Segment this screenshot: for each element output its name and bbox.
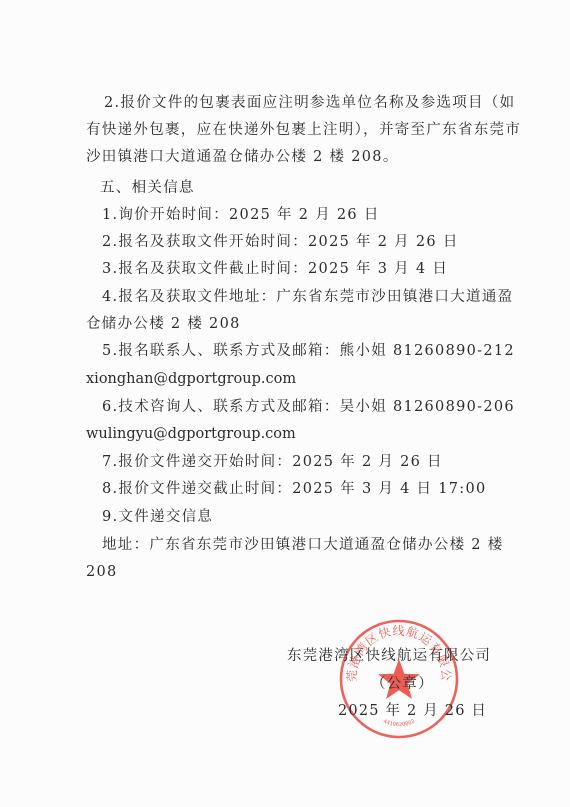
section-heading: 五、相关信息 (100, 178, 195, 198)
item-4-cont: 仓储办公楼 2 楼 208 (86, 314, 241, 334)
item-9: 9.文件递交信息 (102, 507, 213, 527)
item-1: 1.询价开始时间：2025 年 2 月 26 日 (102, 205, 380, 225)
para2-line1: 2.报价文件的包裹表面应注明参选单位名称及参选项目（如 (104, 93, 515, 113)
item-5-email: xionghan@dgportgroup.com (86, 369, 296, 389)
signature-seal-label: （公章） (371, 674, 434, 694)
document-page: 2.报价文件的包裹表面应注明参选单位名称及参选项目（如 有快递外包裹，应在快递外… (0, 0, 570, 807)
item-3: 3.报名及获取文件截止时间：2025 年 3 月 4 日 (102, 259, 448, 279)
address-line2: 208 (86, 562, 118, 582)
para2-line2: 有快递外包裹，应在快递外包裹上注明），并寄至广东省东莞市 (86, 120, 521, 140)
item-5: 5.报名联系人、联系方式及邮箱：熊小姐 81260890-212 (102, 341, 515, 361)
item-6: 6.技术咨询人、联系方式及邮箱：吴小姐 81260890-206 (102, 397, 515, 417)
item-8: 8.报价文件递交截止时间：2025 年 3 月 4 日 17:00 (102, 479, 487, 499)
item-4: 4.报名及获取文件地址：广东省东莞市沙田镇港口大道通盈 (102, 287, 513, 307)
item-7: 7.报价文件递交开始时间：2025 年 2 月 26 日 (102, 452, 443, 472)
para2-line3: 沙田镇港口大道通盈仓储办公楼 2 楼 208。 (86, 147, 399, 167)
item-2: 2.报名及获取文件开始时间：2025 年 2 月 26 日 (102, 232, 459, 252)
item-6-email: wulingyu@dgportgroup.com (86, 424, 296, 444)
signature-company: 东莞港湾区快线航运有限公司 (287, 646, 491, 666)
address-line1: 地址：广东省东莞市沙田镇港口大道通盈仓储办公楼 2 楼 (102, 535, 504, 555)
signature-date: 2025 年 2 月 26 日 (338, 701, 487, 721)
